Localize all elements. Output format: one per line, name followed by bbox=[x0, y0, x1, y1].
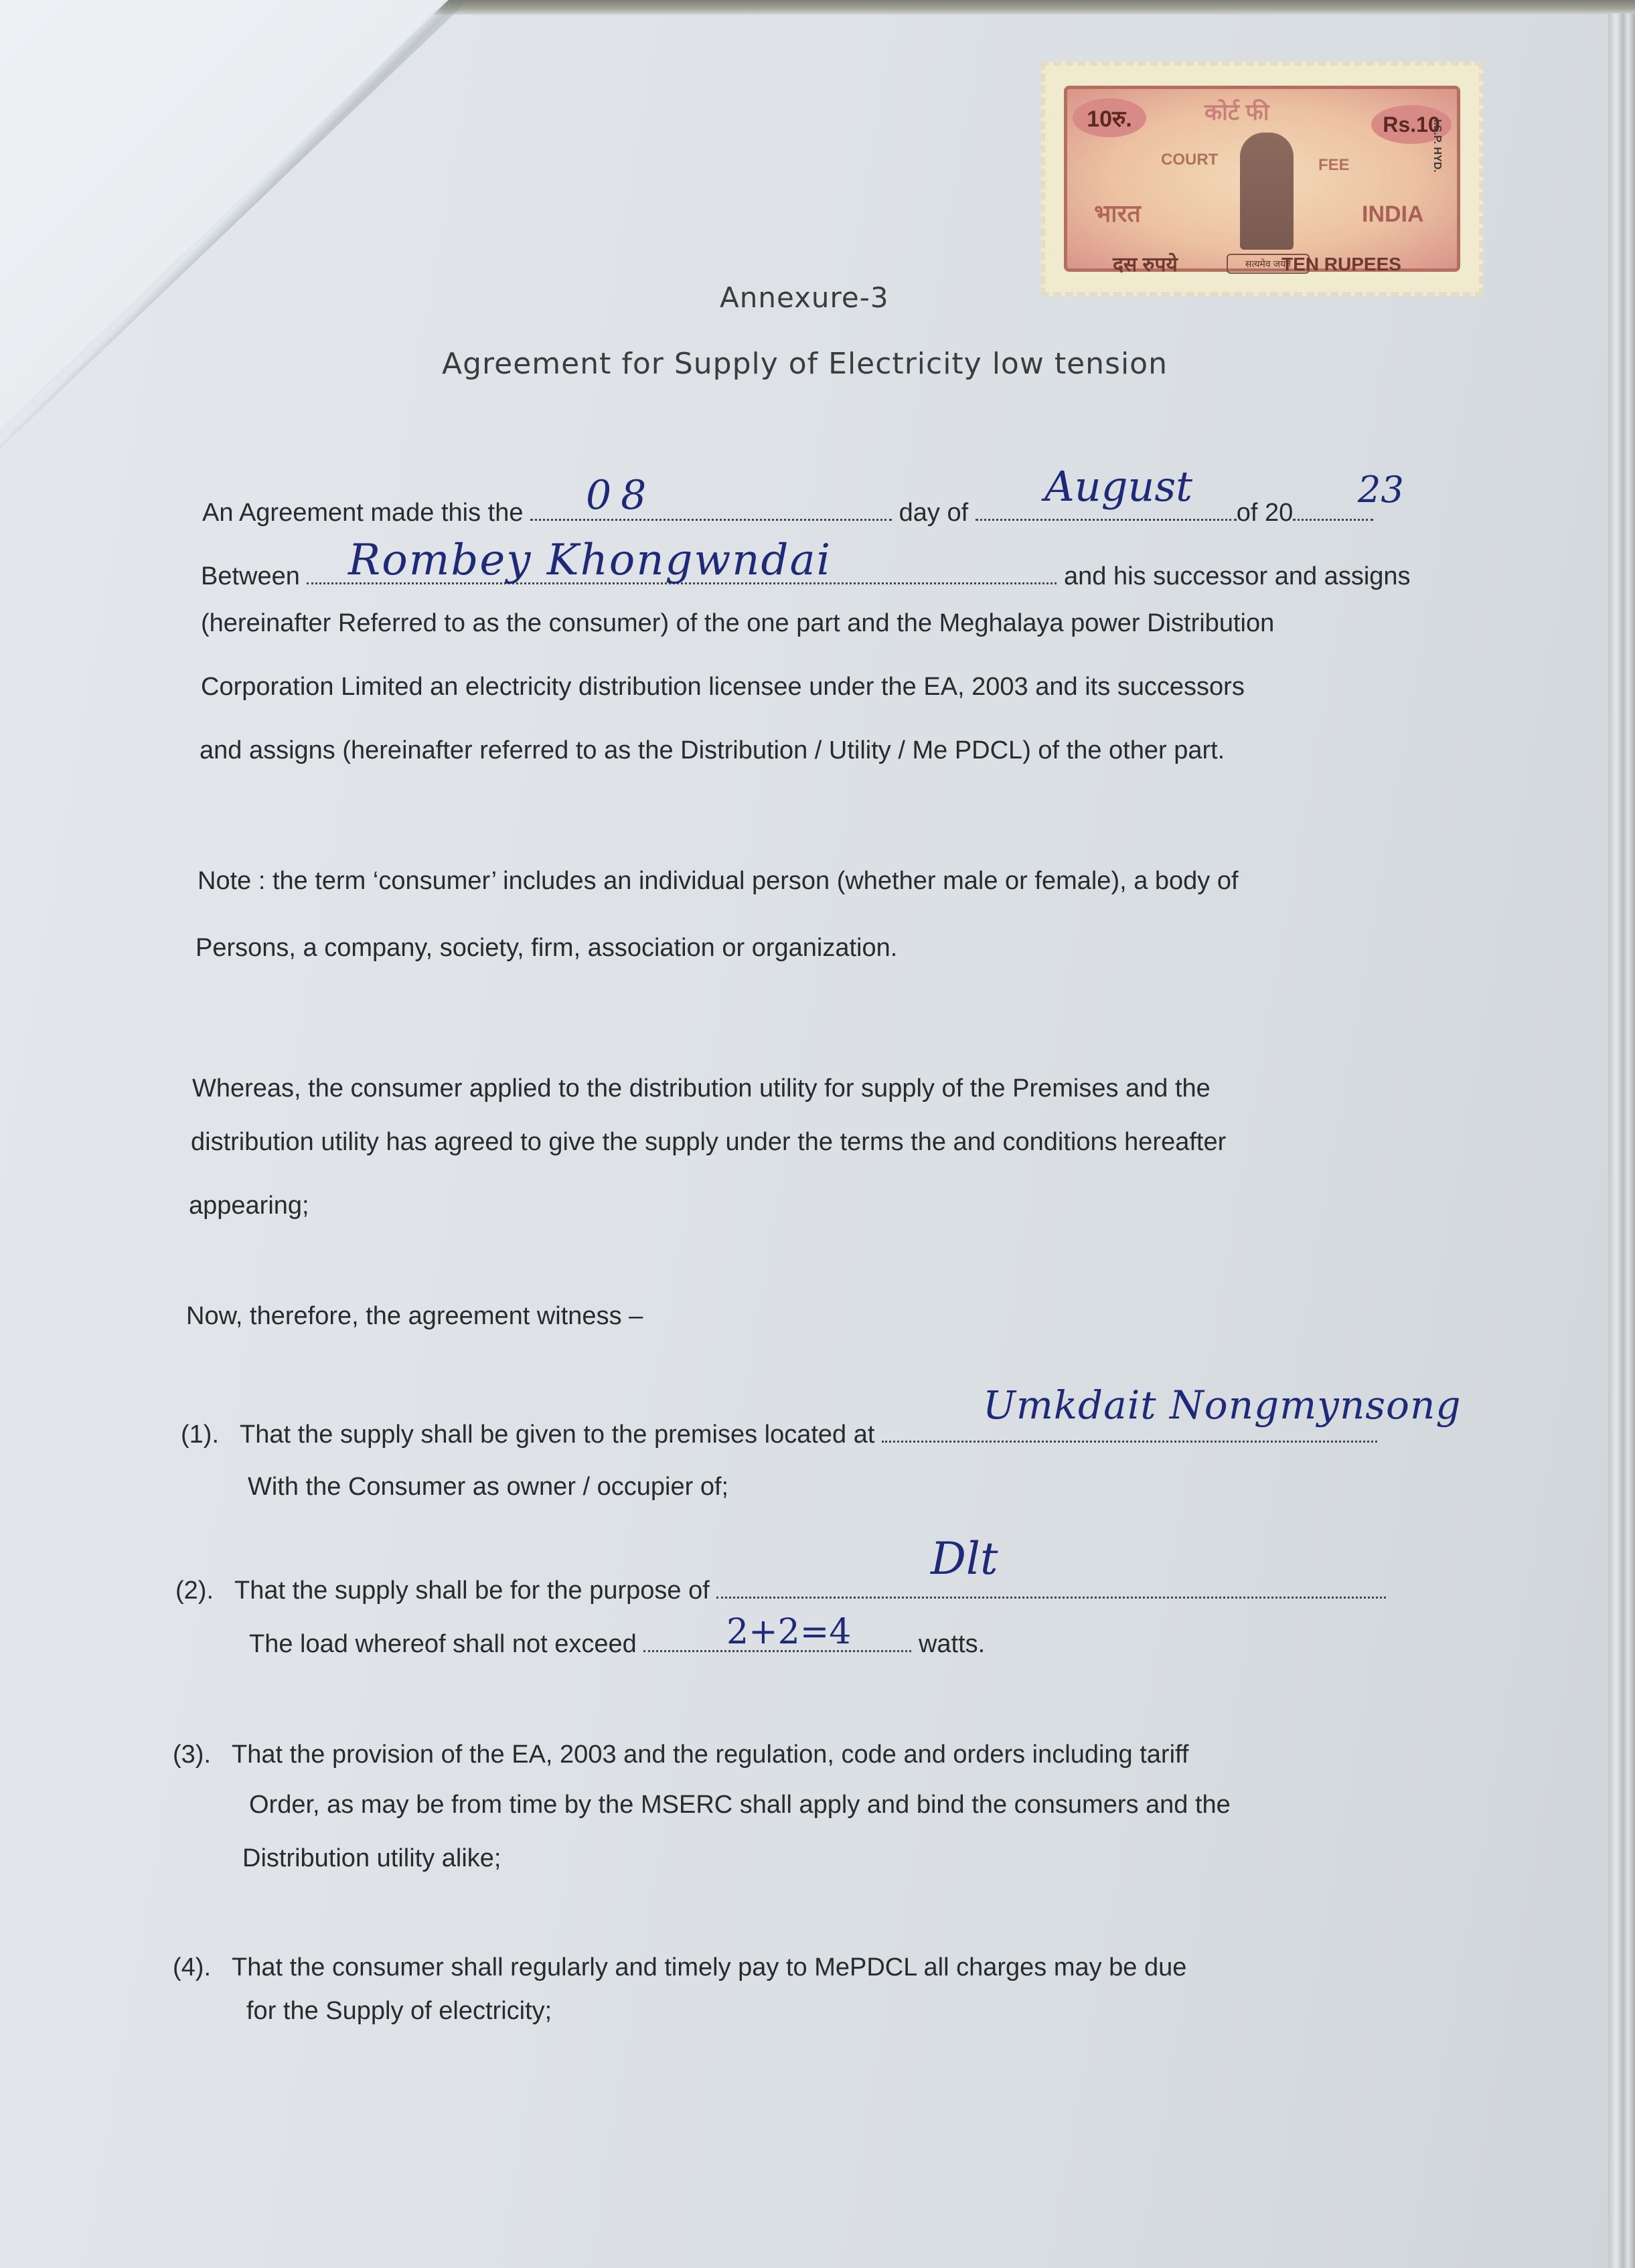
stamp-country-english: INDIA bbox=[1362, 201, 1424, 228]
stamp-label-fee: FEE bbox=[1318, 156, 1350, 175]
intro-year-prefix: of 20 bbox=[1237, 499, 1294, 527]
note-line-1: Note : the term ‘consumer’ includes an i… bbox=[198, 867, 1239, 896]
day-field-line bbox=[530, 518, 892, 521]
background-edge bbox=[429, 0, 1635, 15]
whereas-line-3: appearing; bbox=[189, 1192, 309, 1220]
load-unit: watts. bbox=[919, 1630, 985, 1658]
para-parties-line-3: and assigns (hereinafter referred to as … bbox=[200, 736, 1225, 765]
clause-3-line-3: Distribution utility alike; bbox=[242, 1844, 501, 1873]
stamp-amount-english: TEN RUPEES bbox=[1281, 254, 1401, 275]
note-line-2: Persons, a company, society, firm, assoc… bbox=[196, 934, 897, 963]
witness-line: Now, therefore, the agreement witness – bbox=[186, 1302, 643, 1331]
intro-between-label: Between bbox=[201, 562, 300, 590]
page-stack-edge bbox=[1608, 13, 1635, 2268]
clause-3: (3). That the provision of the EA, 2003 … bbox=[173, 1740, 1188, 1769]
clause-2-number: (2). bbox=[175, 1576, 214, 1605]
month-value: August bbox=[1044, 462, 1192, 511]
clause-3-line-2: Order, as may be from time by the MSERC … bbox=[249, 1791, 1231, 1819]
intro-made-label: An Agreement made this the bbox=[202, 499, 524, 527]
court-fee-stamp: 10रु. Rs.10 कोर्ट फी COURT FEE सत्यमेव ज… bbox=[1041, 62, 1483, 296]
month-field-line bbox=[976, 518, 1237, 521]
clause-2-text: That the supply shall be for the purpose… bbox=[234, 1576, 710, 1605]
load-label: The load whereof shall not exceed bbox=[249, 1630, 637, 1658]
clause-4: (4). That the consumer shall regularly a… bbox=[173, 1953, 1186, 1982]
clause-4-line-1: That the consumer shall regularly and ti… bbox=[232, 1953, 1186, 1981]
para-parties-line-2: Corporation Limited an electricity distr… bbox=[201, 673, 1245, 702]
national-emblem-icon bbox=[1240, 133, 1294, 250]
year-field-line bbox=[1293, 518, 1373, 521]
intro-day-of-label: day of bbox=[899, 499, 969, 527]
whereas-line-1: Whereas, the consumer applied to the dis… bbox=[192, 1074, 1211, 1103]
stamp-label-court: COURT bbox=[1161, 151, 1218, 169]
para-parties-line-1: (hereinafter Referred to as the consumer… bbox=[201, 609, 1274, 638]
whereas-line-2: distribution utility has agreed to give … bbox=[191, 1128, 1226, 1157]
load-value: 2+2=4 bbox=[726, 1612, 851, 1652]
stamp-design: 10रु. Rs.10 कोर्ट फी COURT FEE सत्यमेव ज… bbox=[1064, 86, 1460, 272]
annexure-label: Annexure-3 bbox=[720, 281, 889, 314]
day-value: 08 bbox=[586, 472, 655, 519]
premises-value: Umkdait Nongmynsong bbox=[983, 1382, 1461, 1428]
intro-line-date: An Agreement made this the day of of 20 bbox=[202, 499, 1373, 528]
document-title: Agreement for Supply of Electricity low … bbox=[442, 347, 1168, 381]
year-value: 23 bbox=[1358, 469, 1404, 511]
purpose-value: Dlt bbox=[931, 1533, 998, 1585]
clause-3-line-1: That the provision of the EA, 2003 and t… bbox=[232, 1740, 1188, 1769]
clause-1-text: That the supply shall be given to the pr… bbox=[240, 1421, 874, 1449]
stamp-amount-hindi: दस रुपये bbox=[1113, 250, 1178, 277]
stamp-header-hindi: कोर्ट फी bbox=[1204, 96, 1269, 127]
clause-1-line-2: With the Consumer as owner / occupier of… bbox=[248, 1473, 728, 1502]
clause-3-number: (3). bbox=[173, 1740, 211, 1769]
purpose-field-line bbox=[716, 1596, 1386, 1599]
clause-2: (2). That the supply shall be for the pu… bbox=[175, 1576, 1386, 1605]
clause-4-number: (4). bbox=[173, 1953, 211, 1981]
stamp-printer: I.S.P. HYD. bbox=[1431, 119, 1443, 173]
intro-successor-label: and his successor and assigns bbox=[1064, 562, 1411, 590]
clause-4-line-2: for the Supply of electricity; bbox=[246, 1997, 552, 2026]
stamp-value-left: 10रु. bbox=[1073, 98, 1146, 137]
clause-2-line-2: The load whereof shall not exceed watts. bbox=[249, 1630, 985, 1659]
clause-1-number: (1). bbox=[181, 1421, 219, 1449]
premises-field-line bbox=[882, 1440, 1377, 1443]
stamp-country-hindi: भारत bbox=[1094, 196, 1141, 229]
consumer-name-value: Rombey Khongwndai bbox=[348, 536, 832, 585]
